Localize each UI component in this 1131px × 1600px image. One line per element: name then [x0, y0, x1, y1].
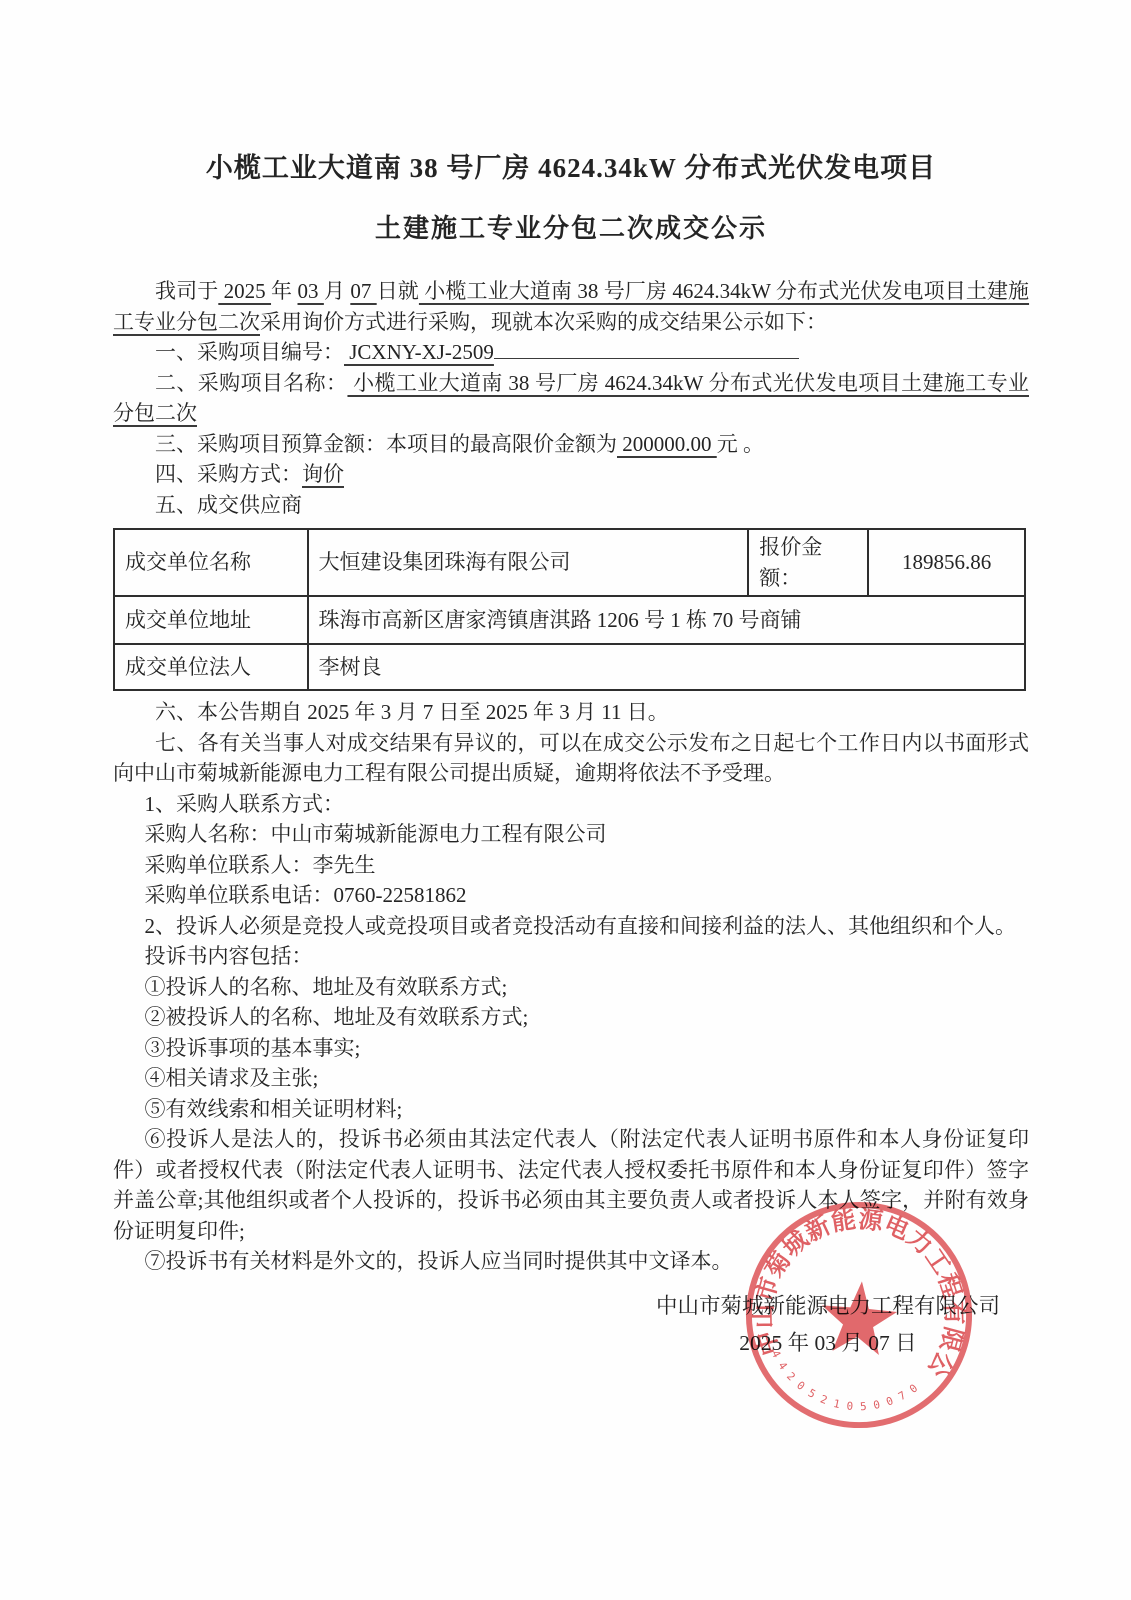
- intro-month-unit: 月: [324, 279, 350, 303]
- item2-label: 二、采购项目名称：: [155, 371, 347, 395]
- document-content: 小榄工业大道南 38 号厂房 4624.34kW 分布式光伏发电项目 土建施工专…: [113, 150, 1029, 1277]
- intro-paragraph: 我司于 2025 年 03 月 07 日就 小榄工业大道南 38 号厂房 462…: [113, 276, 1029, 337]
- supplier-address-label: 成交单位地址: [114, 596, 308, 644]
- intro-prefix: 我司于: [155, 279, 218, 303]
- document-page: 小榄工业大道南 38 号厂房 4624.34kW 分布式光伏发电项目 土建施工专…: [0, 0, 1131, 1600]
- item1-value: JCXNY-XJ-2509: [344, 340, 494, 364]
- company-seal: 中山市菊城新能源电力工程有限公司 4420521050070: [740, 1196, 978, 1434]
- intro-day-unit: 日就: [377, 279, 419, 303]
- item-objection: 七、各有关当事人对成交结果有异议的，可以在成交公示发布之日起七个工作日内以书面形…: [113, 728, 1029, 789]
- complaint-eligibility: 2、投诉人必须是竞投人或竞投项目或者竞投活动有直接和间接利益的法人、其他组织和个…: [113, 911, 1029, 942]
- table-row: 成交单位法人 李树良: [114, 644, 1025, 690]
- item-project-number: 一、采购项目编号： JCXNY-XJ-2509: [113, 337, 1029, 368]
- supplier-legal-label: 成交单位法人: [114, 644, 308, 690]
- supplier-address-value: 珠海市高新区唐家湾镇唐淇路 1206 号 1 栋 70 号商铺: [308, 596, 1025, 644]
- item3-suffix: 元 。: [717, 432, 764, 456]
- item4-label: 四、采购方式：: [155, 462, 302, 486]
- contact-person: 采购单位联系人：李先生: [113, 850, 1029, 881]
- item1-label: 一、采购项目编号：: [155, 340, 344, 364]
- item-method: 四、采购方式：询价: [113, 459, 1029, 490]
- item-project-name: 二、采购项目名称： 小榄工业大道南 38 号厂房 4624.34kW 分布式光伏…: [113, 368, 1029, 429]
- item4-value: 询价: [302, 462, 344, 486]
- star-icon: [818, 1278, 899, 1356]
- contact-phone: 采购单位联系电话：0760-22581862: [113, 880, 1029, 911]
- supplier-name-value: 大恒建设集团珠海有限公司: [308, 529, 749, 596]
- document-body: 我司于 2025 年 03 月 07 日就 小榄工业大道南 38 号厂房 462…: [113, 276, 1029, 1277]
- complaint-item-2: ②被投诉人的名称、地址及有效联系方式;: [113, 1002, 1029, 1033]
- item3-value: 200000.00: [617, 432, 717, 456]
- intro-year: 2025: [218, 279, 271, 303]
- item3-prefix: 三、采购项目预算金额：本项目的最高限价金额为: [155, 432, 617, 456]
- contact-name: 采购人名称：中山市菊城新能源电力工程有限公司: [113, 819, 1029, 850]
- award-table: 成交单位名称 大恒建设集团珠海有限公司 报价金额： 189856.86 成交单位…: [113, 528, 1026, 691]
- supplier-legal-value: 李树良: [308, 644, 1025, 690]
- complaint-item-5: ⑤有效线索和相关证明材料;: [113, 1094, 1029, 1125]
- intro-suffix: 采用询价方式进行采购，现就本次采购的成交结果公示如下：: [260, 310, 827, 334]
- intro-day: 07: [350, 279, 376, 303]
- blank-underline: [494, 337, 799, 359]
- complaint-content-heading: 投诉书内容包括：: [113, 941, 1029, 972]
- intro-year-unit: 年: [271, 279, 297, 303]
- table-row: 成交单位地址 珠海市高新区唐家湾镇唐淇路 1206 号 1 栋 70 号商铺: [114, 596, 1025, 644]
- document-title: 小榄工业大道南 38 号厂房 4624.34kW 分布式光伏发电项目: [113, 150, 1029, 186]
- price-label: 报价金额：: [748, 529, 868, 596]
- contact-heading: 1、采购人联系方式：: [113, 789, 1029, 820]
- item-announcement-period: 六、本公告期自 2025 年 3 月 7 日至 2025 年 3 月 11 日。: [113, 697, 1029, 728]
- intro-month: 03: [298, 279, 324, 303]
- supplier-name-label: 成交单位名称: [114, 529, 308, 596]
- complaint-item-1: ①投诉人的名称、地址及有效联系方式;: [113, 972, 1029, 1003]
- table-row: 成交单位名称 大恒建设集团珠海有限公司 报价金额： 189856.86: [114, 529, 1025, 596]
- document-subtitle: 土建施工专业分包二次成交公示: [113, 212, 1029, 246]
- seal-number-text: 4420521050070: [764, 1347, 928, 1419]
- complaint-item-4: ④相关请求及主张;: [113, 1063, 1029, 1094]
- item-supplier-heading: 五、成交供应商: [113, 490, 1029, 521]
- price-value: 189856.86: [868, 529, 1025, 596]
- complaint-item-3: ③投诉事项的基本事实;: [113, 1033, 1029, 1064]
- svg-text:4420521050070: 4420521050070: [764, 1347, 928, 1419]
- item-budget: 三、采购项目预算金额：本项目的最高限价金额为 200000.00 元 。: [113, 429, 1029, 460]
